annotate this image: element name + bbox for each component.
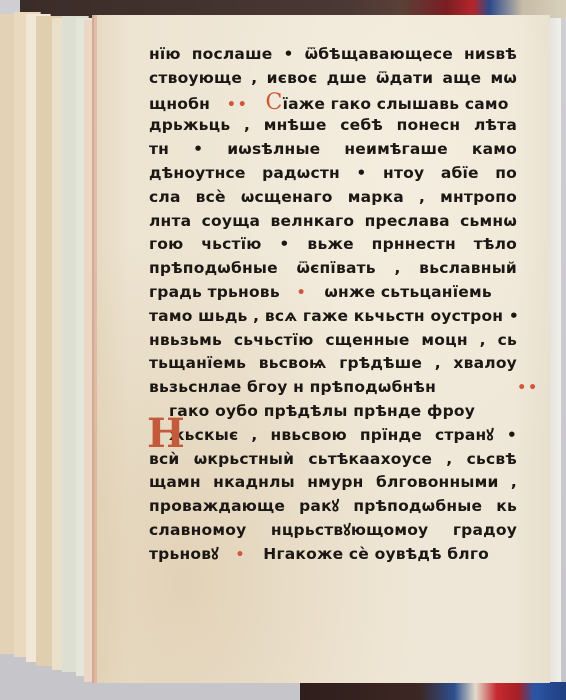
text-line: тьщанїемь вьсвоѩ грѣдѣше , хвалоу: [149, 352, 517, 376]
text-segment: ѡнже сьтьцанїемь: [324, 283, 491, 301]
book-page: нїю послаше • ѿбѣщавающесе ниѕвѣ ствоующ…: [92, 15, 550, 683]
text-line: трьновꙋ • Нгакоже сѐ оувѣдѣ блго: [149, 543, 517, 567]
text-segment: гако оубо прѣдѣлы прѣнде фроу: [149, 402, 475, 420]
text-line: щнобн •• Сїаже гако слышавь само: [149, 91, 517, 115]
text-line: прѣподѡбные ѿєпївать , вьславный: [149, 257, 517, 281]
red-initial-letter: С: [266, 90, 283, 115]
text-line: тамо шьдь , всѧ гаже кьчьстн оустрон •: [149, 305, 517, 329]
rubric-dots: ••: [517, 380, 539, 396]
book-binding-textile-bottom: [300, 682, 566, 700]
text-line: всѝ ѡкрьстныѝ сьтѣкаахоусе , сьсвѣ: [149, 448, 517, 472]
text-line: гою чьстїю • вьже прннестн тѣло: [149, 233, 517, 257]
text-segment: Нгакоже сѐ оувѣдѣ блго: [263, 545, 489, 563]
text-line: ствоующе , иєвоє дше ѿдати аще мѡ: [149, 67, 517, 91]
text-line: дѣноутнсе радѡстн • нтоу абїе по: [149, 162, 517, 186]
text-line: славномоу нцрьствꙋющомоу градоу: [149, 519, 517, 543]
red-drop-cap-initial: Н: [147, 412, 185, 456]
text-line: градь трьновь • ѡнже сьтьцанїемь: [149, 281, 517, 305]
text-line: нвьзьмь сьчьстїю сщенные моцн , сь: [149, 329, 517, 353]
text-line: сла всѐ ѡсщенаго марка , мнтропо: [149, 186, 517, 210]
rubric-dot: •: [236, 547, 247, 563]
text-segment: їаже гако слышавь само: [283, 95, 509, 113]
text-line: щамн нкаднлы нмурн блговонными ,: [149, 471, 517, 495]
text-segment: щнобн: [149, 95, 210, 113]
text-segment: градь трьновь: [149, 283, 280, 301]
text-line: тн • иѡѕѣлные неимѣгаше камо: [149, 138, 517, 162]
text-segment: трьновꙋ: [149, 545, 219, 563]
text-segment: вьзьснлае бгоу н прѣподѡбнѣн: [149, 378, 436, 396]
text-line: вьзьснлае бгоу н прѣподѡбнѣн ••: [149, 376, 517, 400]
rubric-dot: •: [297, 285, 308, 301]
text-line: дрьжьць , мнѣше себѣ понесн лѣта: [149, 114, 517, 138]
text-line: нїю послаше • ѿбѣщавающесе ниѕвѣ: [149, 43, 517, 67]
text-block: нїю послаше • ѿбѣщавающесе ниѕвѣ ствоующ…: [149, 43, 517, 567]
text-line: Нгако оубо прѣдѣлы прѣнде фроу: [149, 400, 517, 424]
text-line: лнта соуща велнкаго преслава сьмнѡ: [149, 210, 517, 234]
text-line: проваждающе ракꙋ прѣподѡбные кь: [149, 495, 517, 519]
book-photo: нїю послаше • ѿбѣщавающесе ниѕвѣ ствоующ…: [0, 0, 566, 700]
text-line: жьскыє , нвьсвою прїнде странꙋ •: [149, 424, 517, 448]
rubric-dots: ••: [227, 97, 249, 113]
